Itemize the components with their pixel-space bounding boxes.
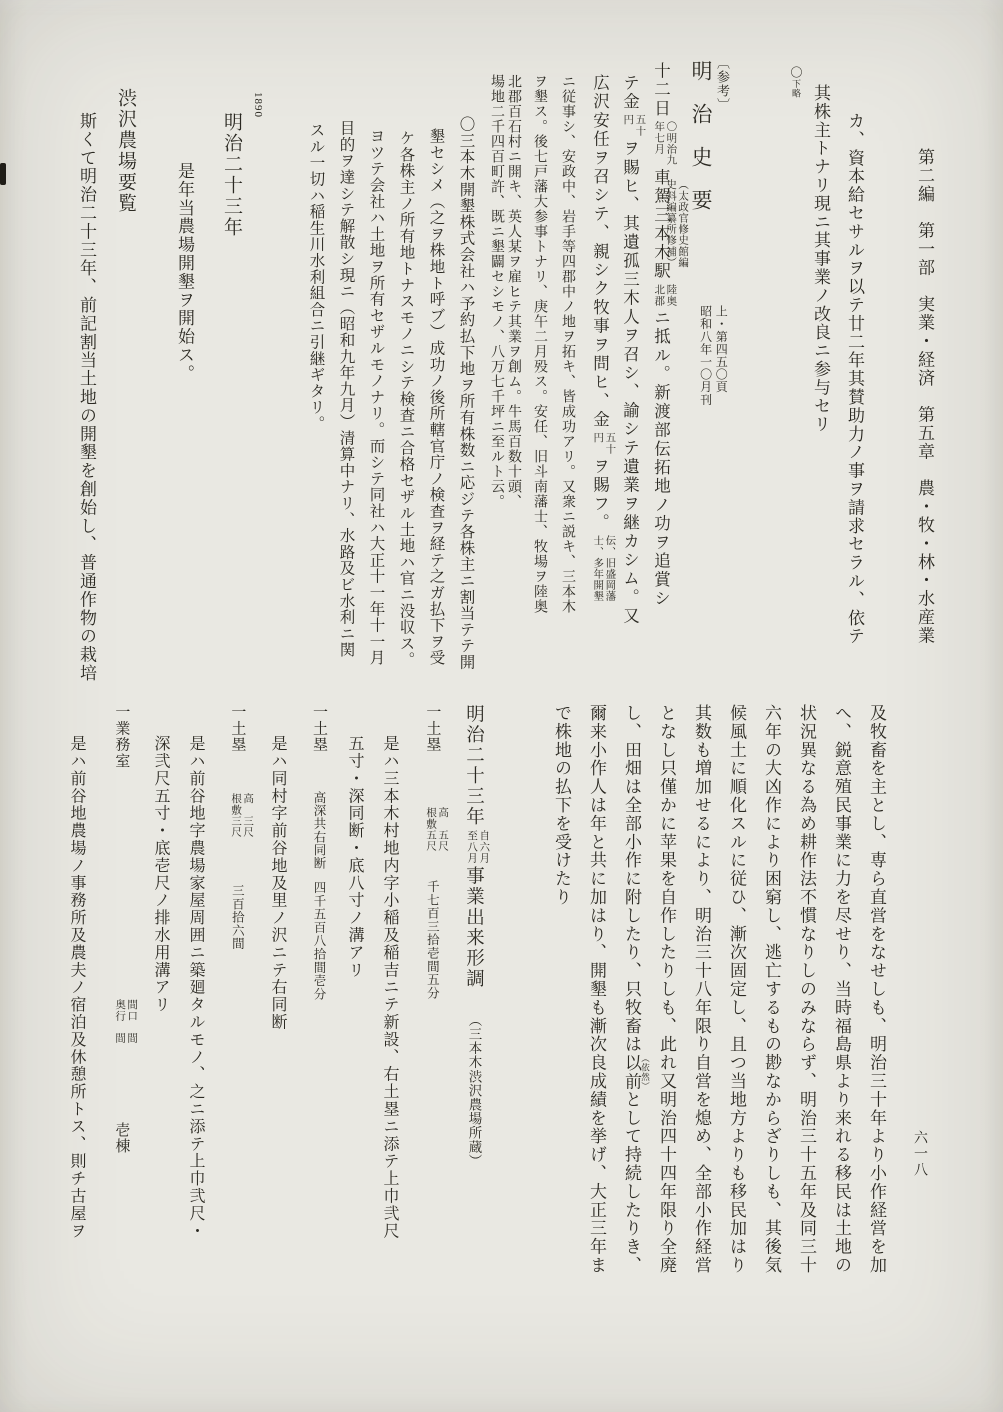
warichu-date: 〇明治九年七月 xyxy=(652,121,676,165)
page-number: 六一八 xyxy=(912,1130,926,1178)
omission-circle: 〇 xyxy=(789,66,803,79)
item-note-line: 是ハ同村字前谷地及里ノ沢ニテ右同断 xyxy=(269,735,285,1031)
quote-line: テ金五十円ヲ賜ヒ、其遺孤三木人ヲ召シ、諭シテ遺業ヲ継カシム。又 xyxy=(621,74,645,626)
item-note-line: 五寸・深同断・底八寸ノ溝アリ xyxy=(346,735,362,979)
warichu-place: 陸奥北郡 xyxy=(652,284,676,306)
survey-heading: 明治二十三年自六月至八月事業出来形調（三本木渋沢農場所蔵） xyxy=(464,704,489,1168)
item-earthwork-2: 一土塁高深共右同断四千五百八拾間壱分 xyxy=(311,704,327,1001)
biography-line: 場地二千四百町許、既ニ墾闢セシモノ、八万七千坪ニ至ルト云。 xyxy=(489,74,503,509)
warichu-amount: 五十円 xyxy=(621,114,645,136)
quote-line: 広沢安任ヲ召シテ、親シク牧事ヲ問ヒ、金五十円ヲ賜フ。伝、旧盛岡藩士、多年開墾 xyxy=(591,74,615,605)
reference-title: 明治史要 xyxy=(690,60,711,232)
item-note-line: 是ハ三本木村地内字小稲及稲吉ニテ新設、右土塁ニ添テ上巾弐尺 xyxy=(381,735,397,1240)
company-note-line: スル一切ハ稲生川水利組合ニ引継ギタリ。 xyxy=(308,122,324,432)
paragraph-line: 及牧畜を主とし、専ら直営をなせしも、明治三十年より小作経営を加 xyxy=(868,704,885,1274)
survey-source: （三本木渋沢農場所蔵） xyxy=(467,1013,482,1168)
paragraph-line: 其数も増加せるにより、明治三十八年限り自営を熄め、全部小作経営 xyxy=(693,704,710,1274)
paragraph-line: 斯くて明治二十三年、前記割当土地の開墾を創始し、普通作物の栽培 xyxy=(78,112,95,682)
item-note-line: 是ハ前谷地農場ノ事務所及農夫ノ宿泊及休憩所トス、則チ古屋ヲ xyxy=(68,735,84,1240)
omission-note: 〇下略 xyxy=(788,66,804,98)
company-note-line: 目的ヲ達シテ解散シ現ニ（昭和九年九月）清算中ナリ、水路及ビ水利ニ関 xyxy=(338,120,354,658)
paragraph-line: 状況異なる為め耕作法不慣なりしのみならず、明治三十五年及同三十 xyxy=(798,704,815,1274)
paragraph-line: 其株主トナリ現ニ其事業ノ改良ニ参与セリ xyxy=(812,84,829,434)
western-year: 1890 xyxy=(252,92,263,118)
warichu-spec: 高 三尺根敷三尺 xyxy=(229,793,253,837)
company-note-line: ケ各株主ノ所有地トナスモノニシテ検査ニ合格セザル土地ハ官ニ没収ス。 xyxy=(398,130,414,668)
section-heading-meiji23: 明治二十三年 xyxy=(222,112,241,238)
biography-line: 北郡百石村ニ開キ、英人某ヲ雇ヒテ其業ヲ創ム。牛馬百数十頭、 xyxy=(506,74,520,509)
item-note-line: 是ハ前谷地字農場家屋周囲ニ築廻タルモノ、之ニ添テ上巾弐尺・ xyxy=(187,735,203,1240)
warichu-period: 自六月至八月 xyxy=(465,830,489,863)
paragraph-line-with-gloss: し、田畑は全部小作に附したり、只牧畜は以前（依然）として持続したりき、 xyxy=(623,704,651,1274)
paragraph-line: カ、資本給セサルヲ以テ廿二年其賛助力ノ事ヲ請求セラル、依テ xyxy=(846,112,863,646)
item-note-line: 深弐尺五寸・底壱尺ノ排水用溝アリ xyxy=(152,735,168,1013)
warichu-spec: 高 五尺根敷五尺 xyxy=(424,807,448,851)
paragraph-line: で株地の払下を受けたり xyxy=(553,704,570,906)
paragraph-line: 爾来小作人は年と共に加はり、開墾も漸次良成績を挙げ、大正三年ま xyxy=(588,704,605,1274)
item-office: 一業務室間口 間奥行 間壱棟 xyxy=(113,704,137,1154)
warichu-amount: 五十円 xyxy=(591,432,615,454)
gloss-ruby: 以前（依然） xyxy=(622,1054,641,1091)
item-earthwork-3: 一土塁高 三尺根敷三尺三百拾六間 xyxy=(229,704,253,951)
item-earthwork-1: 一土塁高 五尺根敷五尺千七百三拾壱間五分 xyxy=(424,704,448,1000)
section-heading-youran: 渋沢農場要覧 xyxy=(116,88,135,214)
company-note-line: 〇三本木開墾株式会社ハ予約払下地ヲ所有株数ニ応ジテ各株主ニ割当テテ開 xyxy=(458,116,474,670)
quote-line: 十二日〇明治九年七月車駕三本木駅陸奥北郡ニ抵ル。新渡部伝拓地ノ功ヲ追賞シ xyxy=(652,62,676,608)
running-head: 第二編 第一部 実業・経済 第五章 農・牧・林・水産業 xyxy=(916,148,933,645)
biography-line: ヲ墾ス。後七戸藩大参事トナリ、庚午二月殁ス。安任、旧斗南藩士、牧場ヲ陸奥 xyxy=(532,74,546,614)
warichu-publication: 上・第四五〇頁 昭和八年一〇月刊 xyxy=(697,305,728,406)
reference-publication-note: 上・第四五〇頁 昭和八年一〇月刊 xyxy=(697,302,728,409)
company-note-line: ヨツテ会社ハ土地ヲ所有セザルモノナリ。而シテ同社ハ大正十一年十一月 xyxy=(368,128,384,666)
omission-label: 下略 xyxy=(791,79,801,98)
warichu-biography: 伝、旧盛岡藩士、多年開墾 xyxy=(591,535,615,602)
paragraph-line: 是年当農場開墾ヲ開始ス。 xyxy=(176,162,193,383)
company-note-line: 墾セシメ（之ヲ株地ト呼ブ）成功ノ後所轄官庁ノ検査ヲ経テ之ガ払下ヲ受 xyxy=(428,128,444,666)
scan-edge-mark xyxy=(0,163,6,185)
paragraph-line: 六年の大凶作により困窮し、逃亡するもの尠なからざりしも、其後気 xyxy=(763,704,780,1274)
paragraph-line: となし只僅かに苹果を自作したりしも、此れ又明治四十四年限り全廃 xyxy=(658,704,675,1274)
paragraph-line: 候風土に順化スルに従ひ、漸次固定し、且つ当地方よりも移民加はり xyxy=(728,704,745,1274)
warichu-spec: 間口 間奥行 間 xyxy=(113,999,137,1043)
reference-label: 〔参考〕 xyxy=(716,56,729,112)
paragraph-line: へ、鋭意殖民事業に力を尽せり、当時福島県より来れる移民は土地の xyxy=(833,704,850,1274)
biography-line: ニ従事シ、安政中、岩手等四郡中ノ地ヲ拓キ、皆成功アリ。又衆ニ説キ、三本木 xyxy=(560,74,574,614)
scanned-book-page: 第二編 第一部 実業・経済 第五章 農・牧・林・水産業 カ、資本給セサルヲ以テ廿… xyxy=(0,0,1003,1412)
